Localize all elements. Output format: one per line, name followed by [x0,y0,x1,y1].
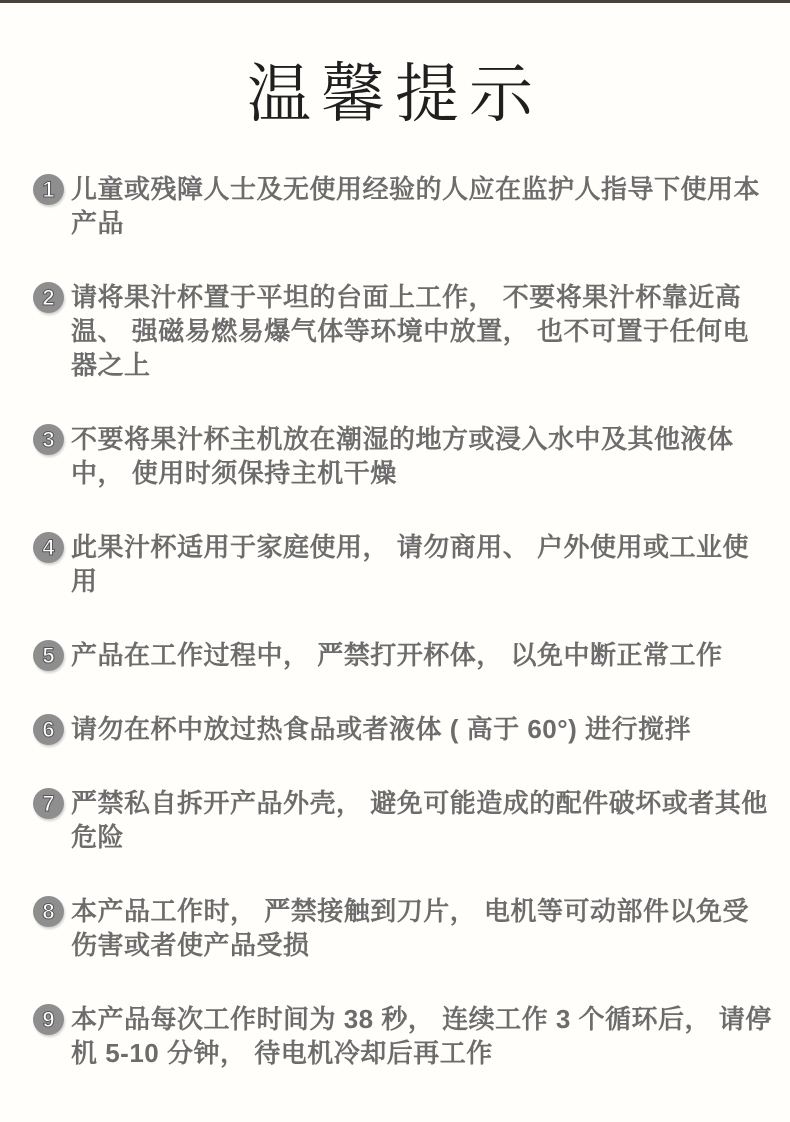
tip-number-icon: 7 [33,788,64,819]
page-title: 温馨提示 [0,61,790,128]
tip-number-icon: 1 [33,174,64,205]
tip-text: 儿童或残障人士及无使用经验的人应在监护人指导下使用本 产品 [71,172,772,240]
tip-number-icon: 9 [33,1004,64,1035]
tip-text: 不要将果汁杯主机放在潮湿的地方或浸入水中及其他液体 中， 使用时须保持主机干燥 [71,422,772,490]
tip-text: 请勿在杯中放过热食品或者液体 ( 高于 60°) 进行搅拌 [71,712,772,746]
tip-number-icon: 6 [33,714,64,745]
tip-number-icon: 3 [33,424,64,455]
tip-item: 2 请将果汁杯置于平坦的台面上工作， 不要将果汁杯靠近高 温、 强磁易燃易爆气体… [33,280,772,382]
tip-text: 本产品每次工作时间为 38 秒， 连续工作 3 个循环后， 请停 机 5-10 … [71,1002,772,1070]
tip-number-icon: 5 [33,640,64,671]
tip-item: 1 儿童或残障人士及无使用经验的人应在监护人指导下使用本 产品 [33,172,772,240]
tips-list: 1 儿童或残障人士及无使用经验的人应在监护人指导下使用本 产品 2 请将果汁杯置… [0,172,790,1100]
tip-number-icon: 2 [33,282,64,313]
top-divider-bar [0,0,790,3]
tip-text: 此果汁杯适用于家庭使用， 请勿商用、 户外使用或工业使 用 [71,530,772,598]
tip-text: 本产品工作时， 严禁接触到刀片， 电机等可动部件以免受 伤害或者使产品受损 [71,894,772,962]
tip-number-icon: 8 [33,896,64,927]
tip-text: 产品在工作过程中， 严禁打开杯体， 以免中断正常工作 [71,638,772,672]
tip-item: 5 产品在工作过程中， 严禁打开杯体， 以免中断正常工作 [33,638,772,672]
tip-text: 严禁私自拆开产品外壳， 避免可能造成的配件破坏或者其他 危险 [71,786,772,854]
tip-item: 6 请勿在杯中放过热食品或者液体 ( 高于 60°) 进行搅拌 [33,712,772,746]
warm-tips-page: 温馨提示 1 儿童或残障人士及无使用经验的人应在监护人指导下使用本 产品 2 请… [0,0,790,1122]
tip-item: 7 严禁私自拆开产品外壳， 避免可能造成的配件破坏或者其他 危险 [33,786,772,854]
tip-text: 请将果汁杯置于平坦的台面上工作， 不要将果汁杯靠近高 温、 强磁易燃易爆气体等环… [71,280,772,382]
tip-item: 8 本产品工作时， 严禁接触到刀片， 电机等可动部件以免受 伤害或者使产品受损 [33,894,772,962]
tip-item: 9 本产品每次工作时间为 38 秒， 连续工作 3 个循环后， 请停 机 5-1… [33,1002,772,1070]
tip-number-icon: 4 [33,532,64,563]
tip-item: 4 此果汁杯适用于家庭使用， 请勿商用、 户外使用或工业使 用 [33,530,772,598]
tip-item: 3 不要将果汁杯主机放在潮湿的地方或浸入水中及其他液体 中， 使用时须保持主机干… [33,422,772,490]
